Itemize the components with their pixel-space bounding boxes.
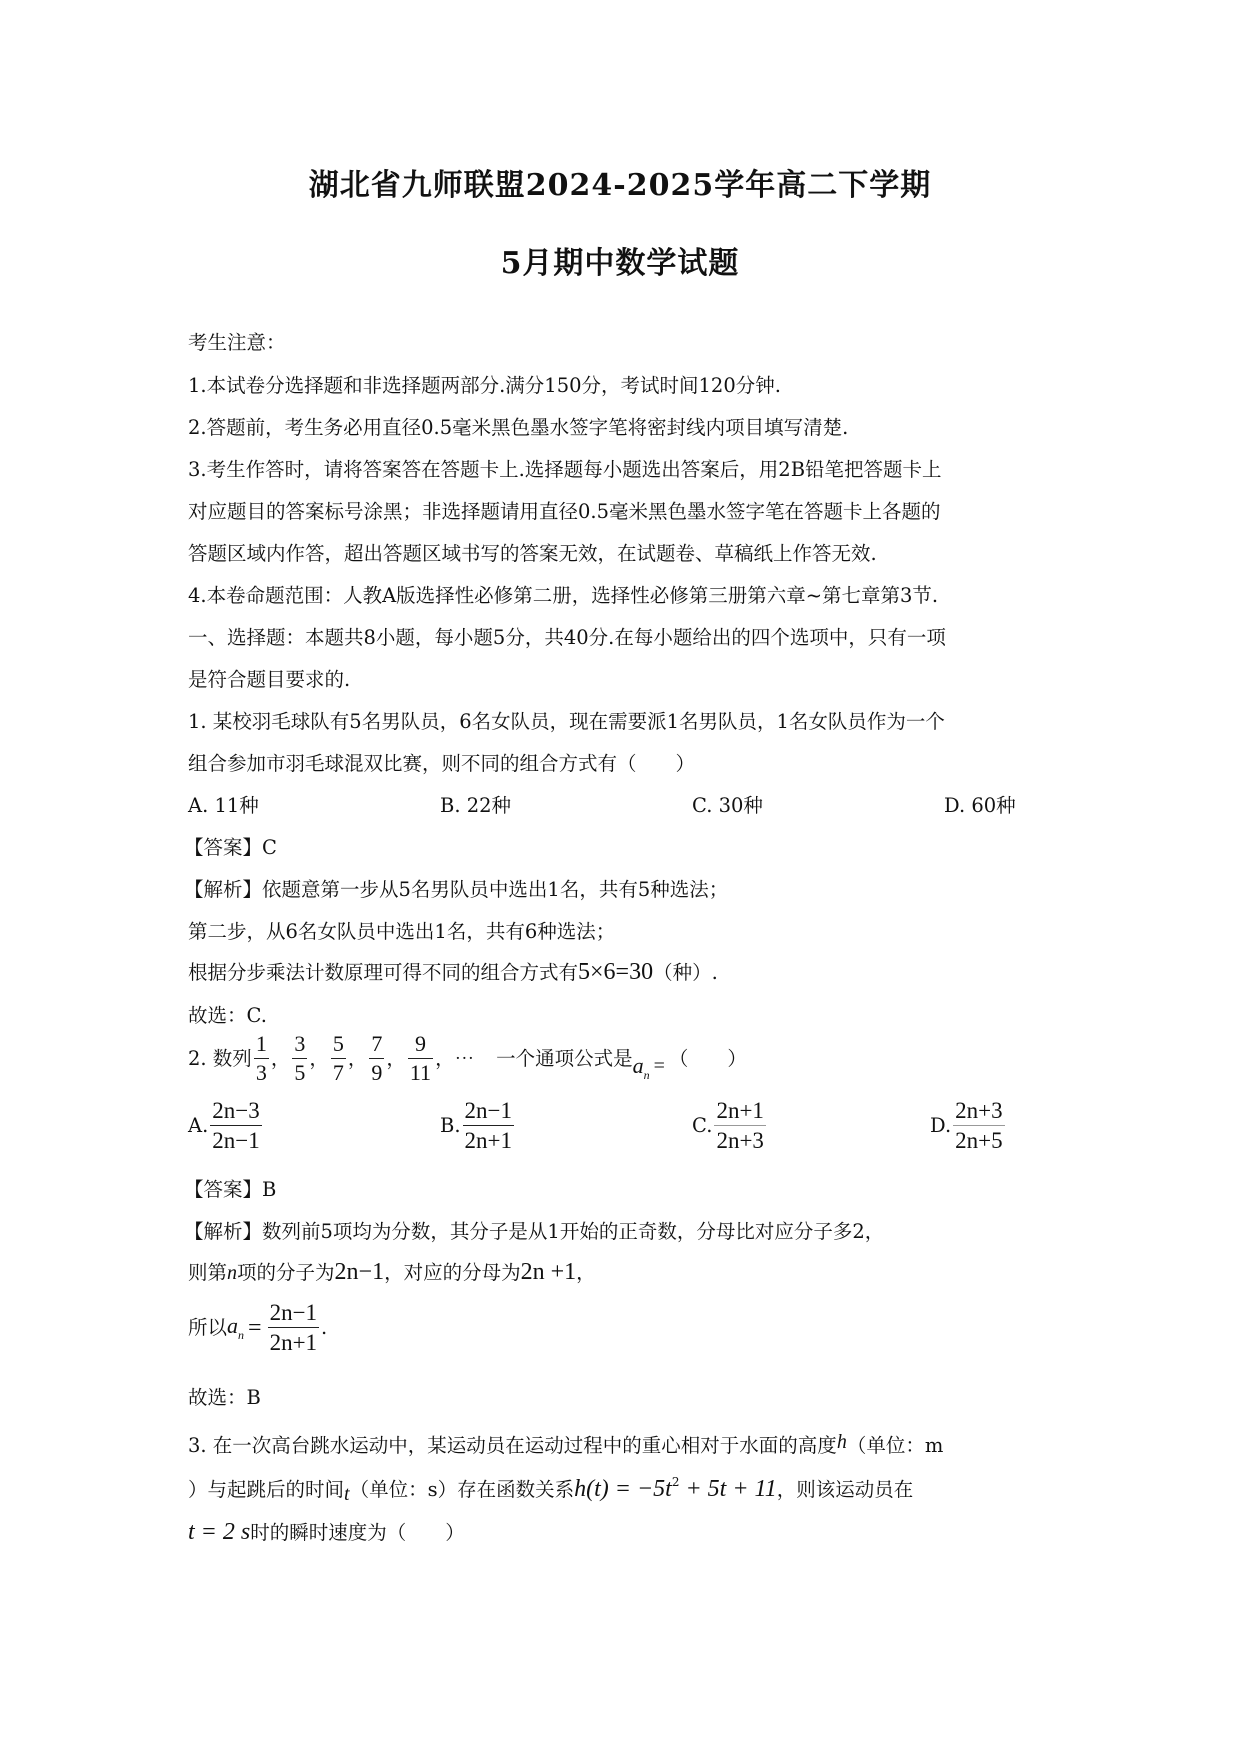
q2-term-4: 79 <box>369 1032 384 1085</box>
q2-analysis: 【解析】数列前5项均为分数，其分子是从1开始的正奇数，分母比对应分子多2， <box>184 1222 884 1242</box>
q2-answer: 【答案】B <box>184 1180 276 1200</box>
q1-analysis: 【解析】依题意第一步从5名男队员中选出1名，共有5种选法； <box>184 880 728 900</box>
q2-blank: （ ） <box>669 1049 747 1069</box>
q1-formula: 5×6=30 <box>578 959 653 985</box>
notice-item: 对应题目的答案标号涂黑；非选择题请用直径0.5毫米黑色墨水签字笔在答题卡上各题的 <box>188 502 941 522</box>
q1-conclusion: 故选：C. <box>188 1006 267 1026</box>
q3-function: h(t) = −5t <box>574 1476 672 1502</box>
q2-stem: 2. 数列 13， 35， 57， 79， 911 ，⋯ 一个通项公式是 an … <box>188 1032 747 1085</box>
q3-stem-cont: ）与起跳后的时间t（单位：s）存在函数关系h(t) = −5t2 + 5t + … <box>188 1476 913 1504</box>
exam-title: 湖北省九师联盟2024-2025学年高二下学期 <box>0 160 1240 204</box>
q2-analysis-line2: 则第n项的分子为2n−1，对应的分母为2n +1， <box>188 1260 596 1284</box>
q1-analysis-unit: （种）. <box>653 961 718 984</box>
q2-an: an <box>227 1315 244 1341</box>
q1-analysis: 第二步，从6名女队员中选出1名，共有6种选法； <box>188 922 615 942</box>
q1-option-b: B. 22种 <box>440 796 511 816</box>
q1-option-a: A. 11种 <box>188 796 259 816</box>
q1-answer: 【答案】C <box>184 838 277 858</box>
q2-mid-text: 一个通项公式是 <box>496 1049 633 1069</box>
q2-option-a: A. 2n−32n−1 <box>188 1098 264 1154</box>
q3-stem-end: t = 2 s时的瞬时速度为（ ） <box>188 1520 465 1544</box>
q2-term-5: 911 <box>408 1032 433 1085</box>
q1-stem-cont: 组合参加市羽毛球混双比赛，则不同的组合方式有（ ） <box>188 754 695 774</box>
q2-option-b: B. 2n−12n+1 <box>440 1098 516 1154</box>
q1-option-c: C. 30种 <box>692 796 763 816</box>
q1-analysis-line3: 根据分步乘法计数原理可得不同的组合方式有5×6=30（种）. <box>188 960 718 984</box>
q2-option-d: D. 2n+32n+5 <box>930 1098 1007 1154</box>
section-heading: 一、选择题：本题共8小题，每小题5分，共40分.在每小题给出的四个选项中，只有一… <box>188 628 946 648</box>
q1-option-d: D. 60种 <box>944 796 1016 816</box>
notice-item: 1.本试卷分选择题和非选择题两部分.满分150分，考试时间120分钟. <box>188 376 781 396</box>
notice-item: 4.本卷命题范围：人教A版选择性必修第二册，选择性必修第三册第六章~第七章第3节… <box>188 586 938 606</box>
q2-option-c: C. 2n+12n+3 <box>692 1098 768 1154</box>
notice-item: 3.考生作答时，请将答案答在答题卡上.选择题每小题选出答案后，用2B铅笔把答题卡… <box>188 460 942 480</box>
q2-prefix: 2. 数列 <box>188 1049 252 1069</box>
section-heading-cont: 是符合题目要求的. <box>188 670 350 690</box>
q1-stem: 1. 某校羽毛球队有5名男队员，6名女队员，现在需要派1名男队员，1名女队员作为… <box>188 712 945 732</box>
exam-page: 湖北省九师联盟2024-2025学年高二下学期 5月期中数学试题 考生注意： 1… <box>0 0 1240 1754</box>
exam-subtitle: 5月期中数学试题 <box>0 238 1240 282</box>
q2-analysis-line3: 所以 an = 2n−12n+1 . <box>188 1300 327 1356</box>
q2-term-2: 35 <box>292 1032 307 1085</box>
q3-stem: 3. 在一次高台跳水运动中，某运动员在运动过程中的重心相对于水面的高度h（单位：… <box>188 1432 943 1456</box>
q2-ellipsis: ，⋯ <box>435 1049 474 1069</box>
q2-term-3: 57 <box>331 1032 346 1085</box>
q2-conclusion: 故选：B <box>188 1388 261 1408</box>
notice-item: 答题区域内作答，超出答题区域书写的答案无效，在试题卷、草稿纸上作答无效. <box>188 544 877 564</box>
notice-heading: 考生注意： <box>188 333 286 353</box>
q2-an: an <box>633 1055 650 1081</box>
q1-analysis-text: 根据分步乘法计数原理可得不同的组合方式有 <box>188 961 578 984</box>
q2-term-1: 13 <box>254 1032 269 1085</box>
notice-item: 2.答题前，考生务必用直径0.5毫米黑色墨水签字笔将密封线内项目填写清楚. <box>188 418 848 438</box>
